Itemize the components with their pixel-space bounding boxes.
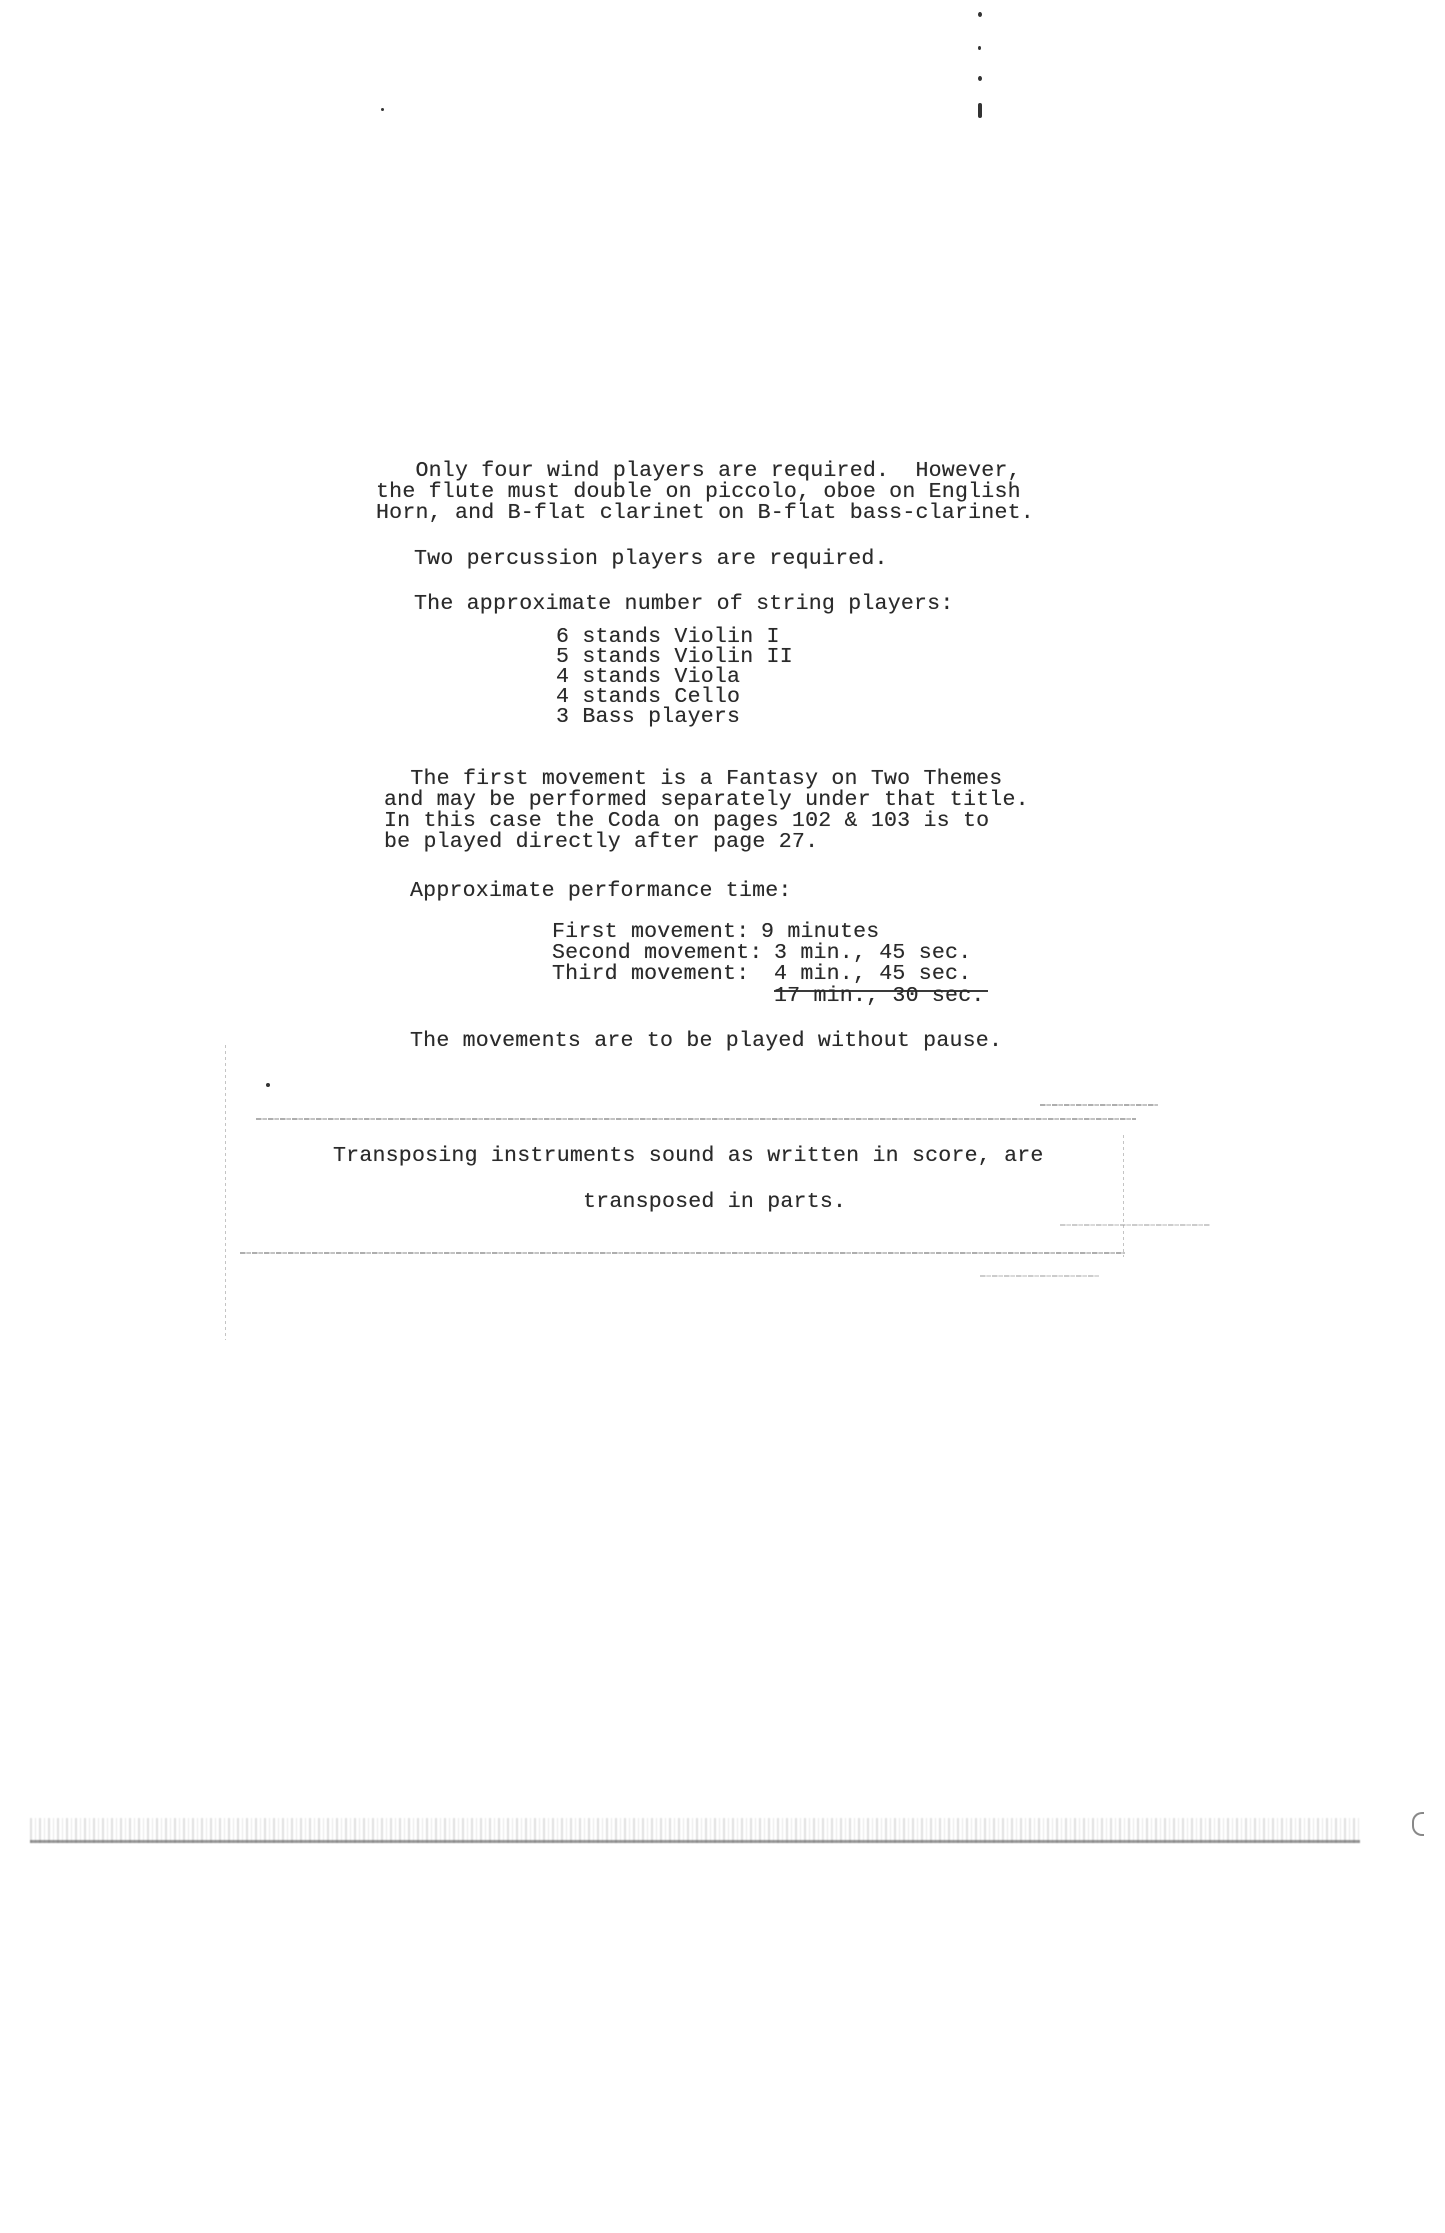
scan-mark-top [978,12,982,17]
closing-note: The movements are to be played without p… [410,1031,1002,1052]
scan-mark [266,1083,270,1087]
paragraph-first-movement-line-1: The first movement is a Fantasy on Two T… [384,769,1002,790]
box-top-right-mark [1040,1104,1158,1106]
performance-time-value: 3 min., 45 sec. [774,943,971,964]
boxed-note-line-2: transposed in parts. [583,1192,846,1213]
performance-time-label: First movement: [552,922,749,943]
performance-time-value: 4 min., 45 sec. [774,964,971,985]
paragraph-percussion: Two percussion players are required. [414,549,888,570]
boxed-note-line-1: Transposing instruments sound as written… [333,1146,1044,1167]
paragraph-winds-line-1: Only four wind players are required. How… [376,461,1021,482]
scan-noise-band [30,1818,1360,1843]
scan-mark-top [978,46,981,50]
performance-intro: Approximate performance time: [410,881,792,902]
scan-mark-top [978,76,982,81]
paragraph-first-movement-line-4: be played directly after page 27. [384,832,818,853]
box-right-border [1123,1135,1124,1257]
performance-time-label: Third movement: [552,964,749,985]
strings-intro: The approximate number of string players… [414,594,954,615]
strings-list-item: 3 Bass players [556,707,740,728]
box-inner-right-line [1060,1224,1210,1226]
scan-mark [381,108,384,111]
paragraph-first-movement-line-2: and may be performed separately under th… [384,790,1029,811]
performance-time-value: 9 minutes [761,922,879,943]
scan-edge-mark [1412,1812,1424,1836]
box-top-border [256,1118,1136,1120]
scan-mark-top [978,103,982,118]
performance-total: 17 min., 30 sec. [774,986,985,1007]
box-bottom-right-mark [980,1275,1100,1277]
box-bottom-border [240,1252,1125,1254]
performance-time-label: Second movement: [552,943,763,964]
page-left-scan-edge [225,1045,226,1340]
paragraph-winds-line-3: Horn, and B-flat clarinet on B-flat bass… [376,503,1034,524]
paragraph-first-movement-line-3: In this case the Coda on pages 102 & 103… [384,811,989,832]
scanned-page: Only four wind players are required. How… [0,0,1445,2233]
paragraph-winds-line-2: the flute must double on piccolo, oboe o… [376,482,1021,503]
